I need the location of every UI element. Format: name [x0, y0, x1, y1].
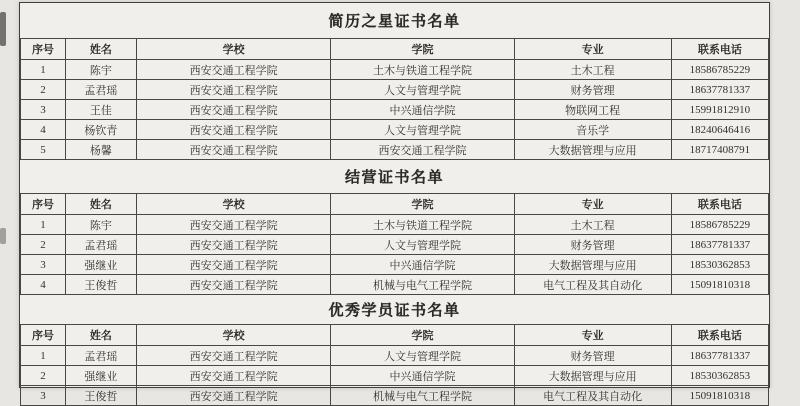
- table-cell: 西安交通工程学院: [136, 60, 330, 80]
- table-cell: 西安交通工程学院: [136, 386, 330, 406]
- table-row: 2强继业西安交通工程学院中兴通信学院大数据管理与应用18530362853: [21, 366, 769, 386]
- section-title: 优秀学员证书名单: [20, 295, 769, 324]
- table-cell: 物联网工程: [514, 100, 671, 120]
- table-cell: 人文与管理学院: [331, 235, 514, 255]
- table-cell: 西安交通工程学院: [136, 346, 330, 366]
- table-cell: 大数据管理与应用: [514, 140, 671, 160]
- section-outstanding-student: 优秀学员证书名单 序号姓名学校学院专业联系电话 1孟君瑶西安交通工程学院人文与管…: [20, 295, 769, 405]
- table-cell: 西安交通工程学院: [136, 100, 330, 120]
- section-resume-star: 简历之星证书名单 序号姓名学校学院专业联系电话 1陈宇西安交通工程学院土木与铁道…: [20, 3, 769, 160]
- column-header: 姓名: [65, 39, 136, 60]
- table-cell: 西安交通工程学院: [136, 120, 330, 140]
- table-cell: 西安交通工程学院: [331, 140, 514, 160]
- header-row: 序号姓名学校学院专业联系电话: [21, 325, 769, 346]
- column-header: 学院: [331, 325, 514, 346]
- table-row: 3王佳西安交通工程学院中兴通信学院物联网工程15991812910: [21, 100, 769, 120]
- column-header: 专业: [514, 39, 671, 60]
- column-header: 学校: [136, 325, 330, 346]
- table-cell: 杨馨: [65, 140, 136, 160]
- table-cell: 杨钦青: [65, 120, 136, 140]
- table-cell: 2: [21, 235, 66, 255]
- column-header: 专业: [514, 325, 671, 346]
- scan-artifact: [0, 228, 6, 244]
- table-cell: 西安交通工程学院: [136, 366, 330, 386]
- table-cell: 电气工程及其自动化: [514, 275, 671, 295]
- table-cell: 18586785229: [671, 60, 768, 80]
- table-cell: 中兴通信学院: [331, 100, 514, 120]
- column-header: 序号: [21, 39, 66, 60]
- table-cell: 人文与管理学院: [331, 80, 514, 100]
- table-cell: 中兴通信学院: [331, 255, 514, 275]
- table-cell: 土木工程: [514, 215, 671, 235]
- table-cell: 15991812910: [671, 100, 768, 120]
- table-cell: 18530362853: [671, 366, 768, 386]
- table-cell: 2: [21, 366, 66, 386]
- column-header: 学校: [136, 194, 330, 215]
- column-header: 学校: [136, 39, 330, 60]
- table-cell: 3: [21, 386, 66, 406]
- table-cell: 15091810318: [671, 386, 768, 406]
- table-cell: 18637781337: [671, 80, 768, 100]
- table-cell: 音乐学: [514, 120, 671, 140]
- table-cell: 土木与铁道工程学院: [331, 215, 514, 235]
- certificate-table: 序号姓名学校学院专业联系电话 1陈宇西安交通工程学院土木与铁道工程学院土木工程1…: [20, 193, 769, 295]
- table-cell: 3: [21, 255, 66, 275]
- table-cell: 王佳: [65, 100, 136, 120]
- table-cell: 5: [21, 140, 66, 160]
- table-cell: 1: [21, 346, 66, 366]
- section-title: 简历之星证书名单: [20, 3, 769, 38]
- table-cell: 3: [21, 100, 66, 120]
- certificate-document: 简历之星证书名单 序号姓名学校学院专业联系电话 1陈宇西安交通工程学院土木与铁道…: [19, 2, 770, 388]
- table-cell: 强继业: [65, 366, 136, 386]
- table-row: 1陈宇西安交通工程学院土木与铁道工程学院土木工程18586785229: [21, 215, 769, 235]
- table-cell: 1: [21, 60, 66, 80]
- column-header: 联系电话: [671, 39, 768, 60]
- table-cell: 陈宇: [65, 60, 136, 80]
- table-cell: 15091810318: [671, 275, 768, 295]
- table-cell: 机械与电气工程学院: [331, 275, 514, 295]
- column-header: 学院: [331, 194, 514, 215]
- section-camp-completion: 结营证书名单 序号姓名学校学院专业联系电话 1陈宇西安交通工程学院土木与铁道工程…: [20, 160, 769, 295]
- header-row: 序号姓名学校学院专业联系电话: [21, 194, 769, 215]
- table-cell: 大数据管理与应用: [514, 366, 671, 386]
- table-row: 2孟君瑶西安交通工程学院人文与管理学院财务管理18637781337: [21, 80, 769, 100]
- table-row: 3强继业西安交通工程学院中兴通信学院大数据管理与应用18530362853: [21, 255, 769, 275]
- table-cell: 1: [21, 215, 66, 235]
- table-row: 5杨馨西安交通工程学院西安交通工程学院大数据管理与应用18717408791: [21, 140, 769, 160]
- column-header: 学院: [331, 39, 514, 60]
- section-title: 结营证书名单: [20, 160, 769, 193]
- table-cell: 人文与管理学院: [331, 346, 514, 366]
- table-cell: 西安交通工程学院: [136, 140, 330, 160]
- table-row: 4王俊哲西安交通工程学院机械与电气工程学院电气工程及其自动化1509181031…: [21, 275, 769, 295]
- table-cell: 西安交通工程学院: [136, 80, 330, 100]
- table-row: 1孟君瑶西安交通工程学院人文与管理学院财务管理18637781337: [21, 346, 769, 366]
- table-row: 3王俊哲西安交通工程学院机械与电气工程学院电气工程及其自动化1509181031…: [21, 386, 769, 406]
- table-cell: 孟君瑶: [65, 235, 136, 255]
- table-cell: 4: [21, 120, 66, 140]
- table-cell: 土木与铁道工程学院: [331, 60, 514, 80]
- table-cell: 财务管理: [514, 346, 671, 366]
- column-header: 联系电话: [671, 325, 768, 346]
- table-cell: 电气工程及其自动化: [514, 386, 671, 406]
- table-cell: 18586785229: [671, 215, 768, 235]
- table-cell: 2: [21, 80, 66, 100]
- column-header: 序号: [21, 325, 66, 346]
- table-cell: 中兴通信学院: [331, 366, 514, 386]
- table-cell: 西安交通工程学院: [136, 275, 330, 295]
- column-header: 专业: [514, 194, 671, 215]
- table-row: 1陈宇西安交通工程学院土木与铁道工程学院土木工程18586785229: [21, 60, 769, 80]
- table-cell: 土木工程: [514, 60, 671, 80]
- column-header: 姓名: [65, 194, 136, 215]
- table-cell: 18637781337: [671, 235, 768, 255]
- table-row: 2孟君瑶西安交通工程学院人文与管理学院财务管理18637781337: [21, 235, 769, 255]
- table-cell: 孟君瑶: [65, 346, 136, 366]
- table-cell: 西安交通工程学院: [136, 255, 330, 275]
- table-cell: 机械与电气工程学院: [331, 386, 514, 406]
- table-cell: 西安交通工程学院: [136, 235, 330, 255]
- table-cell: 陈宇: [65, 215, 136, 235]
- table-cell: 18717408791: [671, 140, 768, 160]
- table-cell: 18240646416: [671, 120, 768, 140]
- table-row: 4杨钦青西安交通工程学院人文与管理学院音乐学18240646416: [21, 120, 769, 140]
- table-cell: 财务管理: [514, 235, 671, 255]
- table-cell: 孟君瑶: [65, 80, 136, 100]
- certificate-table: 序号姓名学校学院专业联系电话 1陈宇西安交通工程学院土木与铁道工程学院土木工程1…: [20, 38, 769, 160]
- scan-artifact: [0, 12, 6, 46]
- header-row: 序号姓名学校学院专业联系电话: [21, 39, 769, 60]
- column-header: 姓名: [65, 325, 136, 346]
- table-cell: 4: [21, 275, 66, 295]
- table-cell: 人文与管理学院: [331, 120, 514, 140]
- column-header: 联系电话: [671, 194, 768, 215]
- table-cell: 财务管理: [514, 80, 671, 100]
- certificate-table: 序号姓名学校学院专业联系电话 1孟君瑶西安交通工程学院人文与管理学院财务管理18…: [20, 324, 769, 405]
- column-header: 序号: [21, 194, 66, 215]
- table-cell: 大数据管理与应用: [514, 255, 671, 275]
- table-cell: 强继业: [65, 255, 136, 275]
- table-cell: 西安交通工程学院: [136, 215, 330, 235]
- table-cell: 18637781337: [671, 346, 768, 366]
- table-cell: 王俊哲: [65, 275, 136, 295]
- table-cell: 王俊哲: [65, 386, 136, 406]
- table-cell: 18530362853: [671, 255, 768, 275]
